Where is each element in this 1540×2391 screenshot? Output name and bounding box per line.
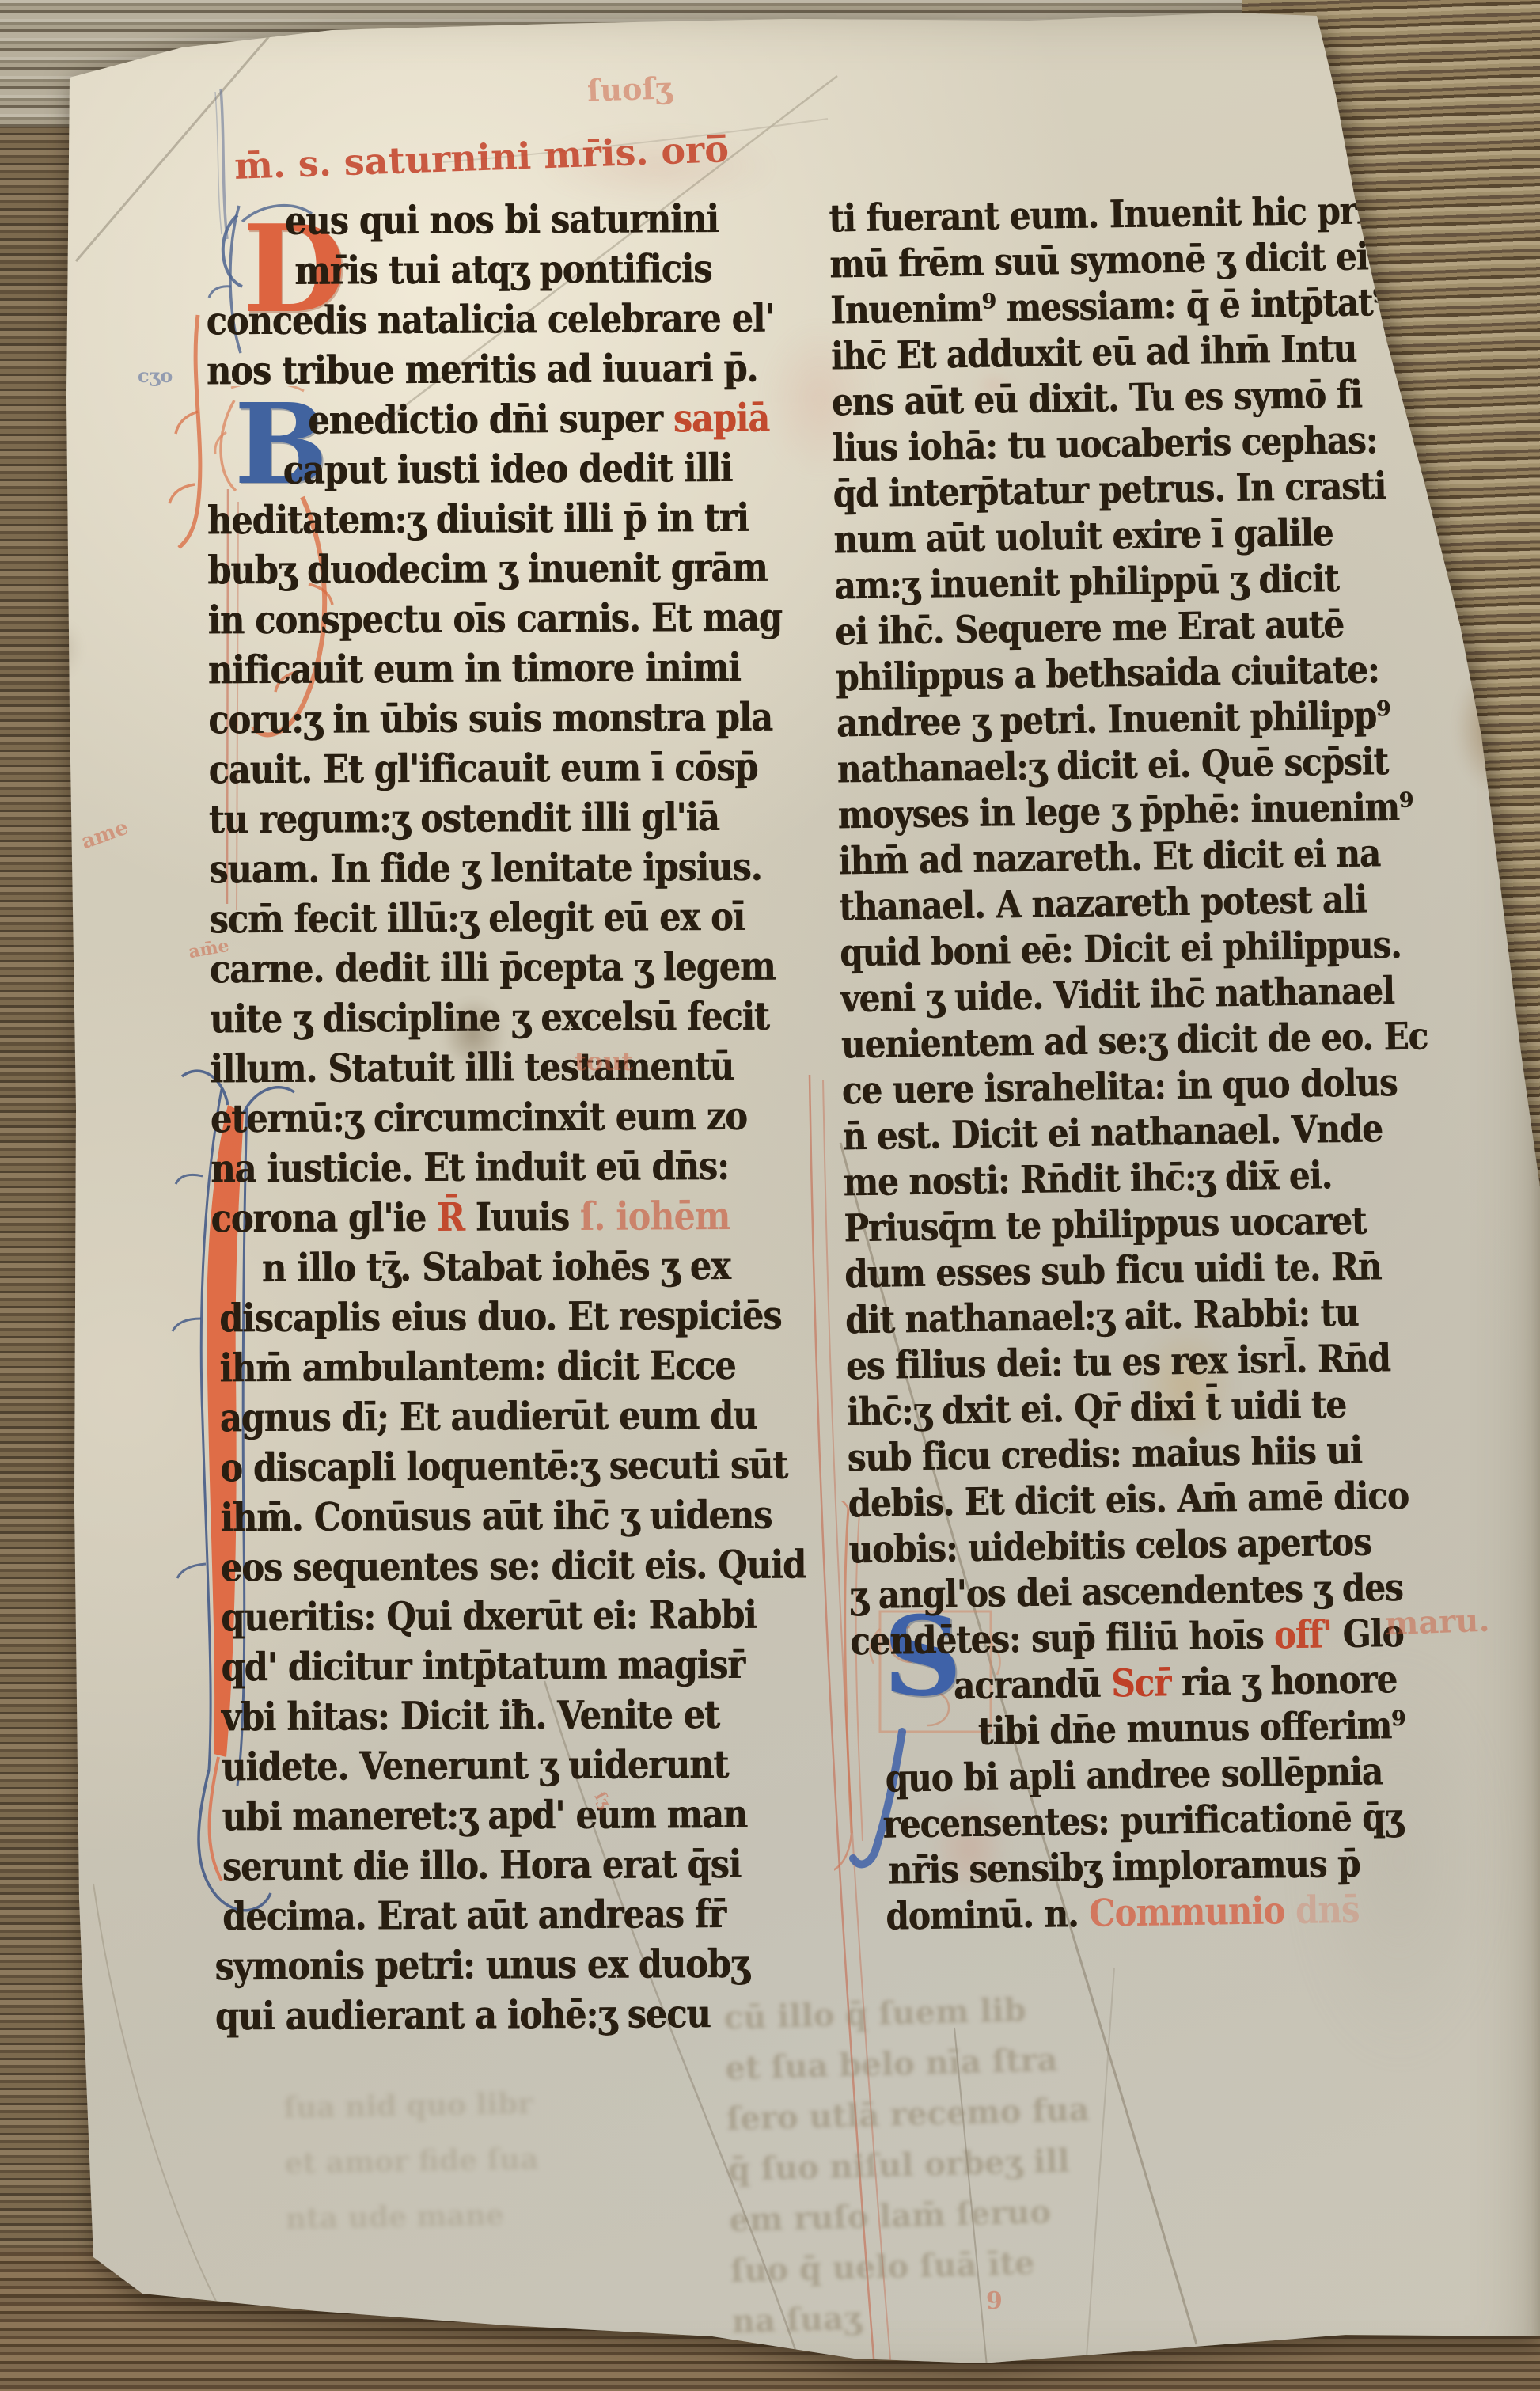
rubric-segment: off' [1273, 1612, 1342, 1657]
text-line: nathanael:ʒ dicit ei. Quē scp̄sit [836, 739, 1388, 791]
text-segment: symonis petri: unus ex duobʒ [214, 1941, 749, 1990]
stain [27, 609, 90, 689]
text-segment: bubʒ duodecim ʒ inuenit grām [207, 545, 768, 594]
text-segment: scm̄ fecit illū:ʒ elegit eū ex oī [209, 894, 745, 943]
text-segment: ihc̄:ʒ dxit ei. Qr̄ dixi t̄ uidi te [846, 1383, 1346, 1434]
text-line: am:ʒ inuenit philippū ʒ dicit [834, 556, 1339, 608]
text-line: qui audierant a iohē:ʒ secu [215, 1992, 711, 2040]
text-line: nr̄is sensibʒ imploramus p̄ [888, 1841, 1360, 1892]
text-segment: tu regum:ʒ ostendit illi gl'iā [209, 795, 719, 843]
text-segment: nathanael:ʒ dicit ei. Quē scp̄sit [836, 739, 1388, 791]
marginal-note: ſʒ [591, 1788, 616, 1811]
text-line: ens aūt eū dixit. Tu es symō fi [831, 372, 1362, 424]
text-segment: ens aūt eū dixit. Tu es symō fi [831, 372, 1362, 424]
text-line: scm̄ fecit illū:ʒ elegit eū ex oī [209, 894, 745, 943]
text-segment: qd' dicitur intp̄tatum magisr̄ [221, 1642, 745, 1690]
text-line: ei ihc̄. Sequere me Erat autē [835, 602, 1345, 653]
rubric-segment: dns̄ [1284, 1887, 1360, 1932]
text-line: uobis: uidebitis celos apertos [848, 1520, 1371, 1572]
text-line: ihc̄:ʒ dxit ei. Qr̄ dixi t̄ uidi te [846, 1383, 1346, 1434]
text-segment: discaplis eius duo. Et respiciēs [219, 1293, 782, 1342]
marginal-note: ame [78, 815, 131, 854]
text-segment: quo bi apli andree sollēpnia [885, 1749, 1383, 1801]
text-segment: recensentes: purificationē q̄ʒ [882, 1795, 1403, 1847]
showthrough-line: nta ude mane [286, 2198, 541, 2258]
text-line: ihm̄. Conūsus aūt ihc̄ ʒ uidens [220, 1493, 772, 1541]
text-line: coru:ʒ in ūbis suis monstra pla [208, 695, 772, 743]
text-segment: ihm̄ ambulantem: dicit Ecce [219, 1343, 735, 1391]
illuminated-initial-I: I [166, 1057, 309, 1944]
text-segment: na iusticie. Et induit eū dn̄s: [211, 1144, 729, 1192]
text-line: thanael. A nazareth potest ali [839, 877, 1367, 929]
text-segment: am:ʒ inuenit philippū ʒ dicit [834, 556, 1339, 608]
text-line: n illo tʒ̄. Stabat iohēs ʒ ex [262, 1244, 730, 1292]
text-segment: suam. In fide ʒ lenitate ipsius. [209, 844, 762, 893]
text-segment: es filius dei: tu es rex isrl̄. Rn̄d [845, 1336, 1390, 1388]
text-segment: lius iohā: tu uocaberis cephas: [832, 418, 1377, 470]
illuminated-initial-D: D [207, 195, 350, 353]
text-line: debis. Et dicit eis. Am̄ amē dico [848, 1473, 1409, 1525]
text-line: nos tribue meritis ad iuuari p̄. [207, 346, 758, 394]
showthrough-line: et ſua belo nīa ſtra [725, 2040, 1089, 2101]
text-segment: mr̄is tui atqʒ pontificis [294, 247, 711, 294]
text-line: qd' dicitur intp̄tatum magisr̄ [221, 1642, 745, 1690]
rubric-segment: sapiā [673, 396, 770, 442]
text-line: tu regum:ʒ ostendit illi gl'iā [209, 795, 719, 843]
text-segment: me nosti: Rn̄dit ihc̄:ʒ dix̄ ei. [843, 1153, 1332, 1205]
text-line: andree ʒ petri. Inuenit philipp⁹ [836, 693, 1390, 746]
showthrough-text: cū illo q̄ ſuem libet ſua belo nīa ſtraſ… [723, 1990, 1095, 2354]
text-segment: eus qui nos bi saturnini [285, 197, 719, 245]
text-line: sub ficu credis: maius hiis ui [847, 1428, 1362, 1479]
illuminated-initial-B: B [207, 386, 366, 750]
text-line: queritis: Qui dxerūt ei: Rabbi [221, 1592, 757, 1641]
text-line: serunt die illo. Hora erat q̄si [222, 1842, 742, 1889]
text-line: me nosti: Rn̄dit ihc̄:ʒ dix̄ ei. [843, 1153, 1332, 1205]
text-segment: thanael. A nazareth potest ali [839, 877, 1367, 929]
text-line: o discapli loquentē:ʒ secuti sūt [220, 1443, 787, 1491]
text-segment: nos tribue meritis ad iuuari p̄. [207, 346, 758, 394]
text-segment: in conspectu oīs carnis. Et mag [207, 595, 782, 643]
text-segment: num aūt uoluit exire ī galile [833, 510, 1333, 562]
text-line: cauit. Et gl'ificauit eum ī cōsp̄ [208, 745, 757, 793]
text-line: quo bi apli andree sollēpnia [885, 1749, 1383, 1801]
showthrough-line: q̄ ſuo niſul orbeʒ ill [727, 2142, 1091, 2202]
text-segment: ei ihc̄. Sequere me Erat autē [835, 602, 1345, 653]
text-line: enedictio dn̄i super sapiā [308, 396, 769, 443]
text-line: bubʒ duodecim ʒ inuenit grām [207, 545, 768, 594]
text-line: ce uere israhelita: in quo dolus [841, 1061, 1397, 1113]
stain [744, 293, 894, 507]
text-line: ihc̄ Et adduxit eū ad ihm̄ Intu [831, 326, 1357, 378]
parchment-leaf: cū illo q̄ ſuem libet ſua belo nīa ſtraſ… [0, 0, 1540, 2391]
text-line: philippus a bethsaida ciuitate: [836, 647, 1379, 700]
showthrough-line: ſuo q̄ uelo ſuā īte [730, 2243, 1094, 2303]
creases-and-ruling-layer [0, 0, 1540, 2391]
text-segment: uobis: uidebitis celos apertos [848, 1520, 1371, 1572]
rubric-segment: R̄ [437, 1195, 476, 1240]
showthrough-line: ſua nid quo libr [283, 2087, 538, 2147]
text-segment: q̄d interp̄tatur petrus. In crasti [833, 464, 1386, 516]
text-line: ti fuerant eum. Inuenit hic pri [829, 188, 1368, 241]
text-segment: corona gl'ie [211, 1195, 437, 1241]
text-segment: nr̄is sensibʒ imploramus p̄ [888, 1841, 1360, 1892]
text-segment: caput iusti ideo dedit illi [283, 446, 732, 493]
text-line: ihm̄ ad nazareth. Et dicit ei na [838, 831, 1380, 883]
stain [1120, 1302, 1254, 1468]
text-line: symonis petri: unus ex duobʒ [214, 1941, 749, 1990]
text-segment: debis. Et dicit eis. Am̄ amē dico [848, 1473, 1409, 1525]
text-segment: dit nathanael:ʒ ait. Rabbi: tu [845, 1290, 1359, 1342]
text-line: num aūt uoluit exire ī galile [833, 510, 1333, 562]
text-line: concedis natalicia celebrare el' [206, 296, 774, 344]
text-segment: illum. Statuit illi testamentū [210, 1044, 734, 1091]
text-segment: cendētes: sup̄ filiū hoīs [850, 1613, 1275, 1664]
text-segment: dum esses sub ficu uidi te. Rn̄ [844, 1244, 1382, 1296]
text-line: recensentes: purificationē q̄ʒ [882, 1795, 1403, 1847]
initial-letter: B [234, 389, 328, 500]
text-segment: mū frēm suū symonē ʒ dicit ei. [829, 234, 1379, 287]
text-segment: acrandū [954, 1661, 1112, 1708]
text-segment: eternū:ʒ circumcinxit eum zo [211, 1094, 747, 1142]
text-line: es filius dei: tu es rex isrl̄. Rn̄d [845, 1336, 1390, 1388]
text-line: caput iusti ideo dedit illi [283, 446, 732, 493]
stain [967, 366, 1022, 405]
text-line: eus qui nos bi saturnini [285, 197, 719, 245]
marginal-note: ſuoſʒ [586, 70, 673, 108]
text-segment: carne. dedit illi p̄cepta ʒ legem [210, 944, 776, 992]
text-segment: vbi hitas: Dicit iħ. Venite et [222, 1693, 719, 1740]
text-segment: enedictio dn̄i super [308, 397, 673, 443]
text-line: mr̄is tui atqʒ pontificis [294, 247, 711, 294]
text-line: agnus dī; Et audierūt eum du [220, 1393, 757, 1441]
text-line: ʒ angl'os dei ascendentes ʒ des [849, 1565, 1403, 1617]
text-segment: veni ʒ uide. Vidit ihc̄ nathanael [840, 969, 1394, 1021]
leaf-wrap: cū illo q̄ ſuem libet ſua belo nīa ſtraſ… [0, 0, 1540, 2391]
stain [430, 984, 517, 1083]
text-segment: cauit. Et gl'ificauit eum ī cōsp̄ [208, 745, 757, 793]
text-line: dum esses sub ficu uidi te. Rn̄ [844, 1244, 1382, 1296]
showthrough-line: ſero utlā recemo fua [726, 2091, 1091, 2151]
text-line: Priusq̄m te philippus uocaret [844, 1198, 1367, 1251]
text-line: nificauit eum in timore inimi [208, 645, 741, 693]
text-segment: n̄ est. Dicit ei nathanael. Vnde [842, 1106, 1383, 1159]
text-line: na iusticie. Et induit eū dn̄s: [211, 1144, 729, 1192]
text-line: vbi hitas: Dicit iħ. Venite et [222, 1693, 719, 1740]
text-line: uidete. Venerunt ʒ uiderunt [222, 1743, 728, 1790]
text-segment: ubi maneret:ʒ apd' eum man [222, 1792, 747, 1839]
text-line: veni ʒ uide. Vidit ihc̄ nathanael [840, 969, 1394, 1021]
text-line: ihm̄ ambulantem: dicit Ecce [219, 1343, 735, 1391]
marginal-note: maru. [1384, 1602, 1490, 1643]
text-segment: uite ʒ discipline ʒ excelsū fecit [210, 994, 769, 1042]
text-segment: eos sequentes se: dicit eis. Quid [221, 1543, 806, 1591]
text-segment: sub ficu credis: maius hiis ui [847, 1428, 1362, 1479]
text-segment: ria ʒ honore [1181, 1657, 1397, 1705]
text-line: cendētes: sup̄ filiū hoīs off' Glo [850, 1611, 1404, 1663]
text-segment: serunt die illo. Hora erat q̄si [222, 1842, 742, 1889]
text-segment: ihm̄. Conūsus aūt ihc̄ ʒ uidens [220, 1493, 772, 1541]
text-segment: tibi dn̄e munus offerim⁹ [977, 1702, 1405, 1753]
text-segment: moyses in lege ʒ p̄phē: inuenim⁹ [837, 784, 1413, 837]
text-segment: ti fuerant eum. Inuenit hic pri [829, 188, 1368, 241]
text-segment: Iuuis [476, 1195, 580, 1241]
marginal-note: cʒo [138, 364, 173, 387]
text-segment: ihc̄ Et adduxit eū ad ihm̄ Intu [831, 326, 1357, 378]
text-segment: dominū. n. [886, 1891, 1090, 1938]
showthrough-line: et amor fide ſua [284, 2142, 539, 2203]
text-line: heditatem:ʒ diuisit illi p̄ in tri [207, 495, 749, 544]
text-line: corona gl'ie R̄ Iuuis ſ. iohēm [211, 1194, 730, 1242]
text-line: dominū. n. Communio dns̄ [886, 1887, 1360, 1938]
text-segment: Glo [1342, 1611, 1404, 1656]
text-segment: n illo tʒ̄. Stabat iohēs ʒ ex [262, 1244, 730, 1292]
text-segment: philippus a bethsaida ciuitate: [836, 647, 1379, 700]
showthrough-line: na ſuaʒ [731, 2294, 1095, 2354]
text-segment: andree ʒ petri. Inuenit philipp⁹ [836, 693, 1390, 746]
text-segment: heditatem:ʒ diuisit illi p̄ in tri [207, 495, 749, 544]
marginal-note: tout [575, 1046, 633, 1076]
stain [491, 119, 823, 214]
showthrough-line: cū illo q̄ ſuem lib [723, 1990, 1087, 2050]
text-line: in conspectu oīs carnis. Et mag [207, 595, 782, 643]
text-segment: ihm̄ ad nazareth. Et dicit ei na [838, 831, 1380, 883]
text-line: mū frēm suū symonē ʒ dicit ei. [829, 234, 1379, 287]
stain [1258, 1575, 1540, 2145]
text-line: q̄d interp̄tatur petrus. In crasti [833, 464, 1386, 516]
manuscript-photo: cū illo q̄ ſuem libet ſua belo nīa ſtraſ… [0, 0, 1540, 2391]
text-segment: nificauit eum in timore inimi [208, 645, 741, 693]
text-column-left: eus qui nos bi saturninimr̄is tui atqʒ p… [206, 196, 806, 2099]
text-line: dit nathanael:ʒ ait. Rabbi: tu [845, 1290, 1359, 1342]
text-line: uenientem ad se:ʒ dicit de eo. Ec [840, 1014, 1428, 1067]
text-segment: o discapli loquentē:ʒ secuti sūt [220, 1443, 787, 1491]
text-line: n̄ est. Dicit ei nathanael. Vnde [842, 1106, 1383, 1159]
text-line: decima. Erat aūt andreas fr̄ [222, 1892, 726, 1940]
text-line: Inuenim⁹ messiam: q̄ ē intp̄tat⁹ [830, 280, 1386, 332]
text-line: ubi maneret:ʒ apd' eum man [222, 1792, 747, 1839]
text-line: acrandū Scr̄ ria ʒ honore [954, 1657, 1398, 1708]
rubric-segment: Communio [1089, 1888, 1285, 1936]
initial-letter: S [883, 1602, 962, 1711]
marginal-note: m̄. s. saturnini mr̄is. oro̅ [233, 127, 730, 188]
stain [1440, 641, 1540, 815]
text-column-right: ti fuerant eum. Inuenit hic primū frēm s… [829, 187, 1489, 2017]
stain [918, 1781, 1021, 1915]
text-segment: ʒ angl'os dei ascendentes ʒ des [849, 1565, 1403, 1617]
text-segment: agnus dī; Et audierūt eum du [220, 1393, 757, 1441]
text-segment: concedis natalicia celebrare el' [206, 296, 774, 344]
text-line: eternū:ʒ circumcinxit eum zo [211, 1094, 747, 1142]
marginal-note: 9 [986, 2287, 1003, 2315]
text-segment: qui audierant a iohē:ʒ secu [215, 1992, 711, 2040]
text-line: lius iohā: tu uocaberis cephas: [832, 418, 1377, 470]
text-segment: Inuenim⁹ messiam: q̄ ē intp̄tat⁹ [830, 280, 1386, 332]
showthrough-text: ſua nid quo libret amor fide ſuanta ude … [283, 2087, 540, 2258]
text-segment: Priusq̄m te philippus uocaret [844, 1198, 1367, 1251]
text-line: moyses in lege ʒ p̄phē: inuenim⁹ [837, 784, 1413, 837]
marginal-note: am̄e [187, 936, 230, 963]
text-line: illum. Statuit illi testamentū [210, 1044, 734, 1091]
text-segment: uidete. Venerunt ʒ uiderunt [222, 1743, 728, 1790]
showthrough-line: em ruſo lam̄ ſeruo [729, 2192, 1093, 2252]
rubric-segment: ſ. iohēm [580, 1194, 730, 1240]
text-segment: quid boni eē: Dicit ei philippus. [840, 922, 1402, 974]
text-segment: uenientem ad se:ʒ dicit de eo. Ec [840, 1014, 1428, 1067]
text-segment: ce uere israhelita: in quo dolus [841, 1061, 1397, 1113]
text-segment: coru:ʒ in ūbis suis monstra pla [208, 695, 772, 743]
text-line: suam. In fide ʒ lenitate ipsius. [209, 844, 762, 893]
text-segment: decima. Erat aūt andreas fr̄ [222, 1892, 726, 1940]
text-line: uite ʒ discipline ʒ excelsū fecit [210, 994, 769, 1042]
rubric-segment: Scr̄ [1111, 1660, 1182, 1706]
text-segment: queritis: Qui dxerūt ei: Rabbi [221, 1592, 757, 1641]
text-line: carne. dedit illi p̄cepta ʒ legem [210, 944, 776, 992]
initial-letter: D [242, 209, 347, 329]
text-line: quid boni eē: Dicit ei philippus. [840, 922, 1402, 974]
text-line: discaplis eius duo. Et respiciēs [219, 1293, 782, 1342]
illuminated-initial-S: S [834, 1501, 1008, 1912]
text-line: tibi dn̄e munus offerim⁹ [977, 1702, 1405, 1753]
text-line: eos sequentes se: dicit eis. Quid [221, 1543, 806, 1591]
